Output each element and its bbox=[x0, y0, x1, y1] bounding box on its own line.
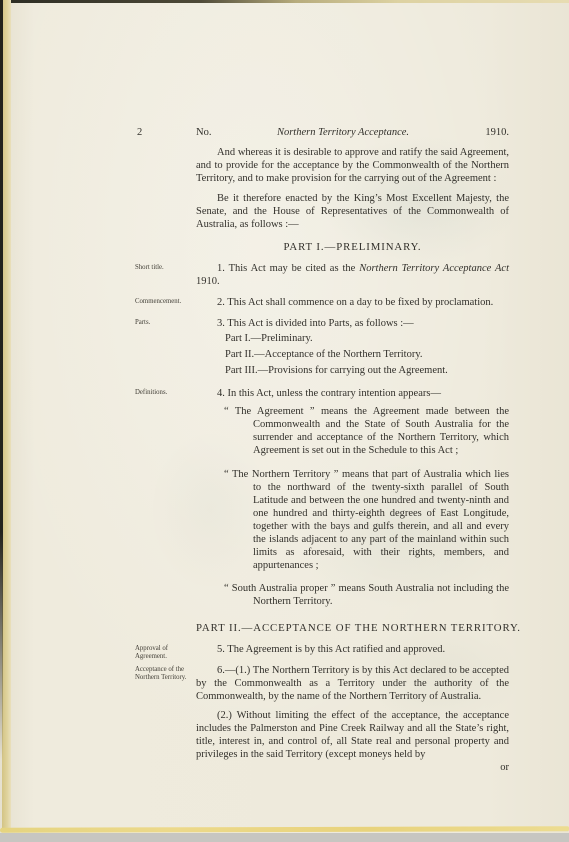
definition-the-agreement: “ The Agreement ” means the Agreement ma… bbox=[196, 405, 509, 457]
margin-note-acceptance-of-nt: Acceptance of the Northern Territory. bbox=[135, 666, 192, 682]
section-4-definitions: Definitions. 4. In this Act, unless the … bbox=[196, 387, 509, 608]
section-2-commencement: Commencement. 2. This Act shall commence… bbox=[196, 296, 509, 309]
definition-south-australia-proper: “ South Australia proper ” means South A… bbox=[196, 582, 509, 608]
parts-list: Part I.—Preliminary. Part II.—Acceptance… bbox=[225, 331, 509, 379]
preamble-paragraph-2: Be it therefore enacted by the King’s Mo… bbox=[196, 192, 509, 231]
section-6-subsection-1: 6.—(1.) The Northern Territory is by thi… bbox=[196, 664, 509, 703]
running-title: Northern Territory Acceptance. bbox=[235, 126, 451, 139]
section-1-suffix: 1910. bbox=[196, 276, 220, 287]
page-header: 2 No. Northern Territory Acceptance. 191… bbox=[135, 126, 509, 139]
catchword: or bbox=[196, 761, 509, 774]
margin-note-short-title: Short title. bbox=[135, 264, 192, 272]
part-ii-heading: PART II.—ACCEPTANCE OF THE NORTHERN TERR… bbox=[196, 622, 509, 635]
act-number-label: No. bbox=[196, 126, 211, 139]
section-3-parts: Parts. 3. This Act is divided into Parts… bbox=[196, 317, 509, 379]
margin-note-approval-of-agreement: Approval of Agreement. bbox=[135, 645, 192, 661]
header-year: 1910. bbox=[485, 126, 509, 139]
margin-note-parts: Parts. bbox=[135, 319, 192, 327]
page-number: 2 bbox=[137, 126, 142, 139]
section-1-short-title: Short title. 1. This Act may be cited as… bbox=[196, 262, 509, 288]
section-1-prefix: 1. This Act may be cited as the bbox=[217, 263, 359, 274]
parts-list-item: Part III.—Provisions for carrying out th… bbox=[225, 363, 509, 379]
scan-left-edge bbox=[0, 0, 3, 760]
section-5-approval: Approval of Agreement. 5. The Agreement … bbox=[196, 643, 509, 656]
section-6-subsection-2: (2.) Without limiting the effect of the … bbox=[196, 709, 509, 761]
definition-the-northern-territory: “ The Northern Territory ” means that pa… bbox=[196, 468, 509, 572]
section-5-text: 5. The Agreement is by this Act ratified… bbox=[196, 643, 509, 656]
section-2-text: 2. This Act shall commence on a day to b… bbox=[196, 296, 509, 309]
margin-note-definitions: Definitions. bbox=[135, 389, 192, 397]
section-4-text: 4. In this Act, unless the contrary inte… bbox=[196, 387, 509, 400]
part-i-heading: PART I.—PRELIMINARY. bbox=[196, 241, 509, 254]
scanned-document-screenshot: { "colors": { "paper": "#ece8da", "ink":… bbox=[0, 0, 569, 842]
scan-top-edge bbox=[0, 0, 569, 3]
margin-note-commencement: Commencement. bbox=[135, 298, 192, 306]
parts-list-item: Part I.—Preliminary. bbox=[225, 331, 509, 347]
section-6-acceptance: Acceptance of the Northern Territory. 6.… bbox=[196, 664, 509, 761]
preamble-paragraph-1: And whereas it is desirable to approve a… bbox=[196, 146, 509, 185]
section-3-text: 3. This Act is divided into Parts, as fo… bbox=[196, 317, 509, 330]
section-1-text: 1. This Act may be cited as the Northern… bbox=[196, 262, 509, 288]
body-column: And whereas it is desirable to approve a… bbox=[196, 146, 509, 774]
page-left-edge bbox=[2, 0, 11, 831]
parts-list-item: Part II.—Acceptance of the Northern Terr… bbox=[225, 347, 509, 363]
act-citation-italic: Northern Territory Acceptance Act bbox=[359, 263, 509, 274]
printed-page-content: 2 No. Northern Territory Acceptance. 191… bbox=[135, 126, 509, 774]
